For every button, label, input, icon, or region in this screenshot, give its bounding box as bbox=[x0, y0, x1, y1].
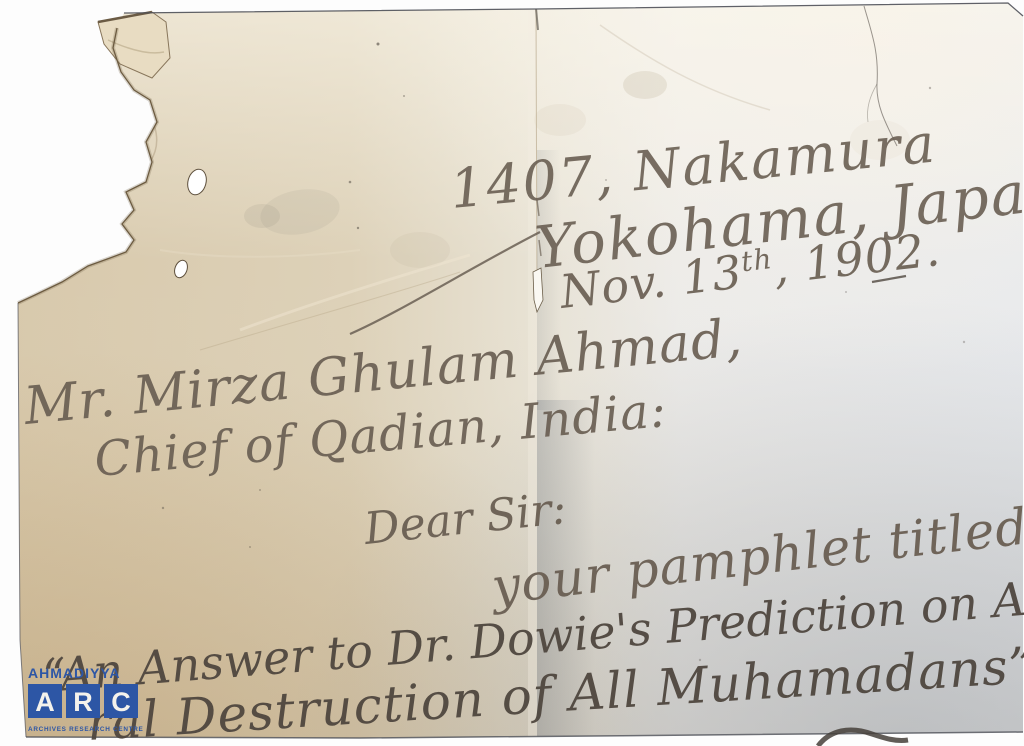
letter-scan: 1407, Nakamura Yokohama, Japan Nov. 13th… bbox=[0, 0, 1024, 746]
watermark-org-name: AHMADIYYA bbox=[28, 665, 121, 681]
watermark-subtitle: ARCHIVES RESEARCH CENTRE bbox=[28, 726, 144, 733]
torn-paper-flap bbox=[98, 12, 170, 78]
watermark-letter-c: C bbox=[111, 687, 131, 717]
letter-scan-page: 1407, Nakamura Yokohama, Japan Nov. 13th… bbox=[0, 0, 1024, 746]
watermark-letter-a: A bbox=[35, 687, 55, 717]
date-superscript: th bbox=[739, 242, 774, 278]
watermark-letter-r: R bbox=[73, 687, 93, 717]
